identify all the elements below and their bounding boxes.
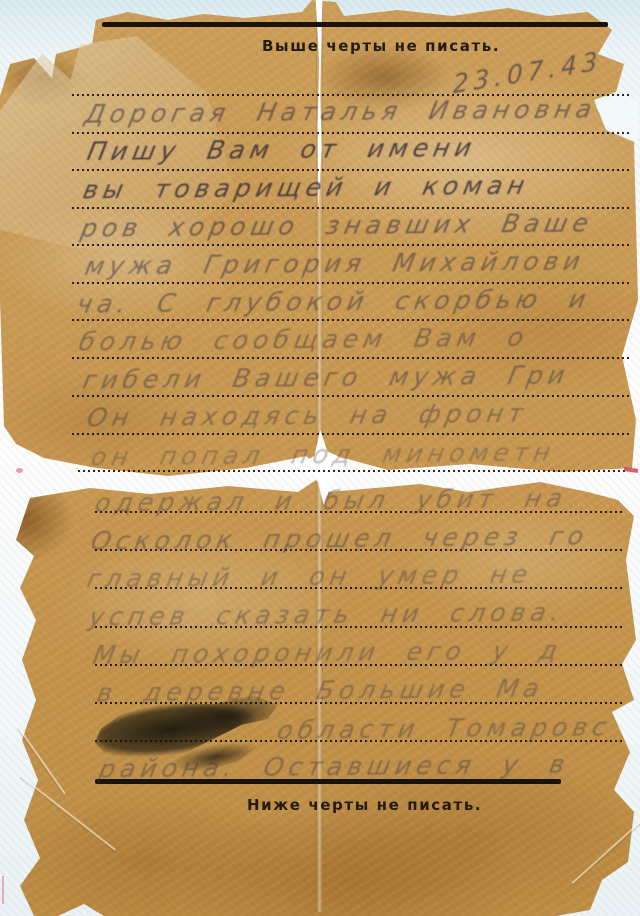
print-instruction-bottom: Ниже черты не писать. bbox=[247, 796, 482, 814]
ruled-line bbox=[72, 282, 632, 284]
handwriting-line: гибели Вашего мужа Гри bbox=[81, 360, 573, 394]
handwriting-line: мужа Григория Михайлови bbox=[83, 246, 588, 280]
handwriting-line: вы товарищей и коман bbox=[81, 171, 533, 205]
handwriting-line: в деревне Большие Ма bbox=[95, 674, 547, 708]
handwriting-line: одержал и был убит на bbox=[93, 484, 570, 518]
red-mark bbox=[16, 468, 23, 473]
handwriting-line: Дорогая Наталья Ивановна bbox=[83, 94, 600, 128]
handwriting-line: Он находясь на фронт bbox=[85, 399, 531, 433]
handwriting-line: главный и он умер не bbox=[85, 560, 536, 594]
ruled-line bbox=[72, 244, 632, 246]
handwriting-line: болью сообщаем Вам о bbox=[77, 323, 532, 357]
handwriting-line: Осколок прошел через го bbox=[89, 521, 592, 555]
ruled-line bbox=[72, 395, 632, 397]
handwriting-line: успев сказать ни слова. bbox=[87, 598, 567, 632]
top-border-rule bbox=[102, 22, 608, 27]
ruled-line bbox=[72, 319, 632, 321]
ruled-line bbox=[72, 433, 632, 435]
handwriting-line: ча. С глубокой скорбью и bbox=[75, 284, 594, 318]
ruled-line bbox=[72, 357, 632, 359]
handwriting-line: Пишу Вам от имени bbox=[85, 133, 480, 166]
handwriting-line: Мы похоронили его у д bbox=[91, 636, 566, 670]
scanned-letter-photo: Выше черты не писать. Ниже черты не писа… bbox=[0, 0, 640, 916]
handwriting-line: он попал под минометн bbox=[89, 438, 558, 472]
handwriting-line: ров хорошо знавших Ваше bbox=[79, 208, 596, 242]
ruled-line bbox=[72, 169, 632, 171]
red-mark bbox=[2, 876, 4, 904]
print-instruction-top: Выше черты не писать. bbox=[262, 37, 500, 55]
handwriting-line: области Томаровс bbox=[275, 712, 614, 744]
red-mark bbox=[624, 467, 638, 473]
